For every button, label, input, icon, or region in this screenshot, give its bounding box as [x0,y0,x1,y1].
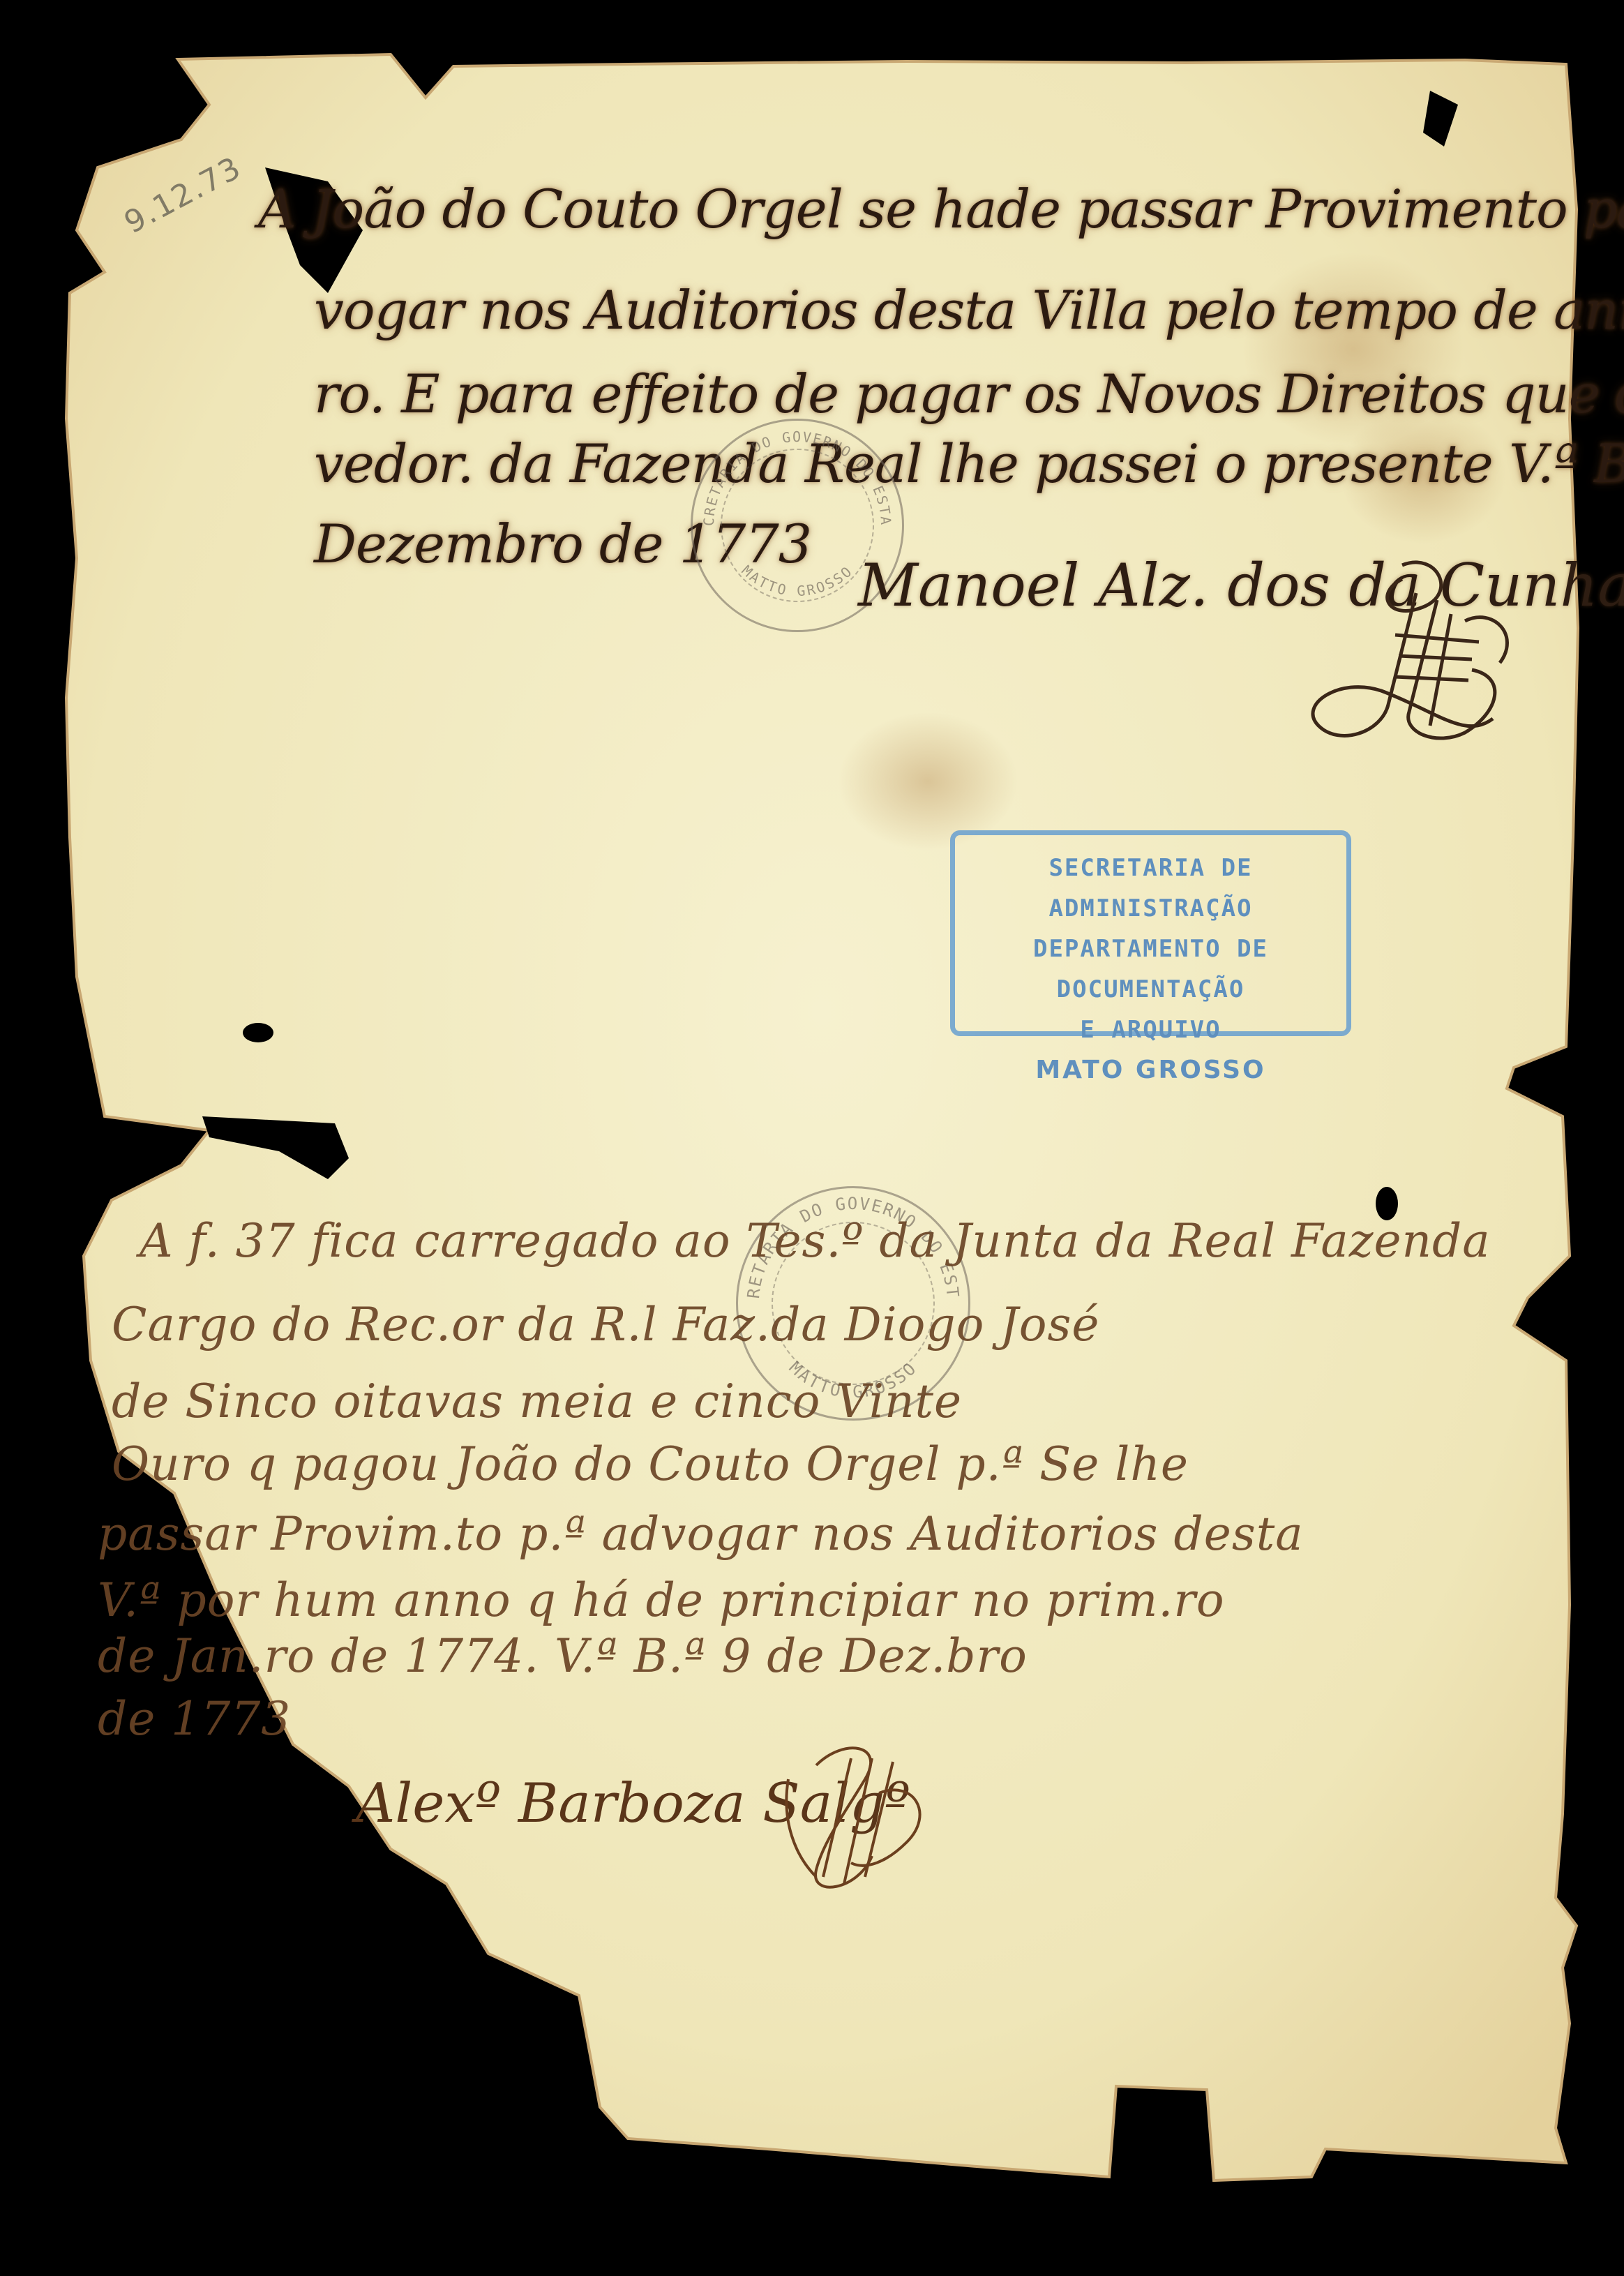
bottom-entry-line-7: de Jan.ro de 1774. V.ª B.ª 9 de Dez.bro [98,1629,1028,1683]
bottom-entry-line-1: A f. 37 fica carregado ao Tes.º da Junta… [140,1214,1491,1268]
bottom-entry-line-6: V.ª por hum anno q há de principiar no p… [98,1573,1225,1627]
stamp-line-3: E ARQUIVO [955,1010,1346,1050]
stamp-line-4: MATO GROSSO [955,1050,1346,1091]
bottom-entry-line-5: passar Provim.to p.ª advogar nos Auditor… [98,1507,1304,1561]
top-entry-line-4: vedor. da Fazenda Real lhe passei o pres… [314,433,1624,495]
svg-text:MATTO GROSSO: MATTO GROSSO [739,562,857,600]
archive-department-stamp: SECRETARIA DE ADMINISTRAÇÃO DEPARTAMENTO… [950,830,1351,1036]
rubric-flourish-top [1298,551,1528,761]
rubric-flourish-bottom [774,1737,942,1898]
top-entry-line-1: A João do Couto Orgel se hade passar Pro… [258,178,1624,240]
document-content: 9.12.73 A João do Couto Orgel se hade pa… [0,0,1624,2276]
bottom-entry-line-8: de 1773 [98,1692,291,1746]
bottom-entry-line-4: Ouro q pagou João do Couto Orgel p.ª Se … [112,1437,1189,1491]
margin-date-note: 9.12.73 [119,150,248,241]
bottom-entry-line-2: Cargo do Rec.or da R.l Faz.da Diogo José [112,1298,1099,1352]
bottom-entry-line-3: de Sinco oitavas meia e cinco Vinte [112,1375,962,1428]
top-entry-line-3: ro. E para effeito de pagar os Novos Dir… [314,363,1624,425]
stamp-line-2: DEPARTAMENTO DE DOCUMENTAÇÃO [955,929,1346,1010]
stamp-line-1: SECRETARIA DE ADMINISTRAÇÃO [955,848,1346,929]
svg-text:SECRETARIA DO GOVERNO DO ESTAD: SECRETARIA DO GOVERNO DO ESTADO [693,421,894,526]
top-entry-line-2: vogar nos Auditorios desta Villa pelo te… [314,279,1624,341]
